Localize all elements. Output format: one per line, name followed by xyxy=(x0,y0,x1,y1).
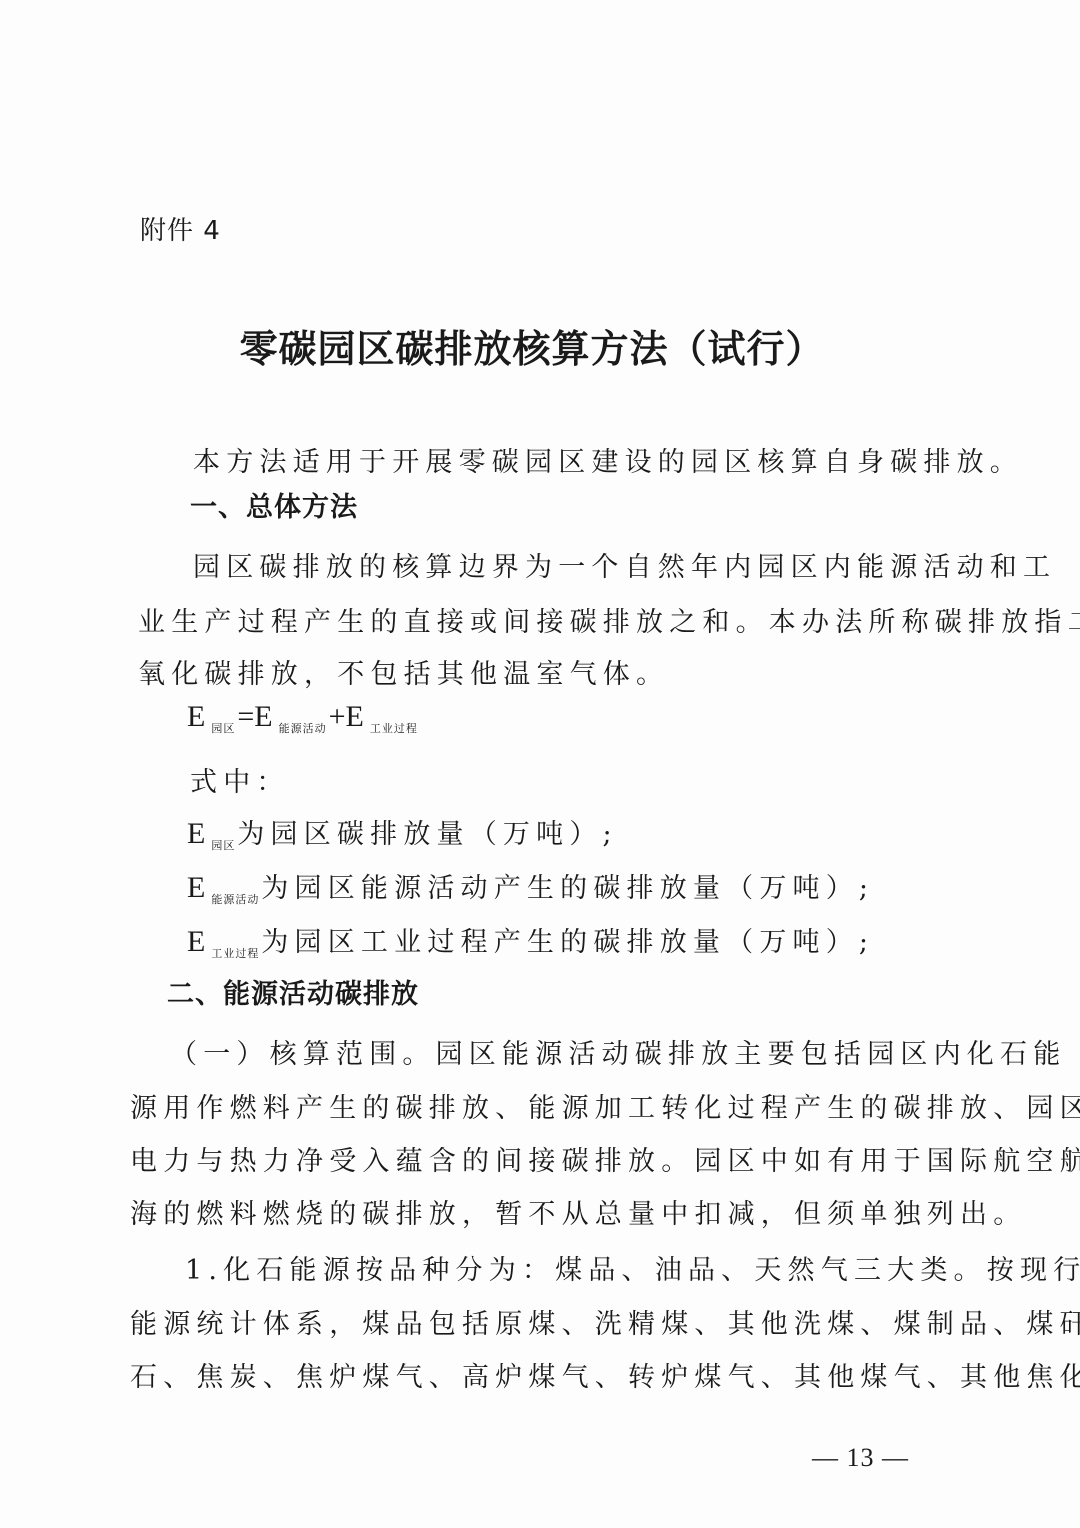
scope-line: 源用作燃料产生的碳排放、能源加工转化过程产生的碳排放、园区 xyxy=(130,1086,1080,1125)
def-text: 为园区工业过程产生的碳排放量（万吨）; xyxy=(261,927,874,958)
definition-park: E园区为园区碳排放量（万吨）; xyxy=(187,812,618,853)
section-1-para-line: 业生产过程产生的直接或间接碳排放之和。本办法所称碳排放指二 xyxy=(138,600,1080,639)
attachment-label: 附件 4 xyxy=(140,210,221,247)
document-title-text: 零碳园区碳排放核算方法（试行） xyxy=(239,318,824,373)
document-title: 零碳园区碳排放核算方法（试行） xyxy=(0,318,1080,373)
item1-line: 石、焦炭、焦炉煤气、高炉煤气、转炉煤气、其他煤气、其他焦化 xyxy=(130,1355,1080,1394)
item1-line: 能源统计体系，煤品包括原煤、洗精煤、其他洗煤、煤制品、煤矸 xyxy=(130,1302,1080,1341)
formula-sub-park: 园区 xyxy=(211,723,235,735)
emission-formula: E园区=E能源活动+E工业过程 xyxy=(187,700,420,736)
def-sub: 工业过程 xyxy=(211,947,259,960)
scope-line: 电力与热力净受入蕴含的间接碳排放。园区中如有用于国际航空航 xyxy=(130,1139,1080,1178)
page-number: — 13 — xyxy=(812,1443,909,1473)
def-text: 为园区能源活动产生的碳排放量（万吨）; xyxy=(261,873,874,904)
formula-plus: + xyxy=(329,700,346,733)
section-1-para-line: 氧化碳排放，不包括其他温室气体。 xyxy=(138,652,669,691)
formula-equals: = xyxy=(237,700,254,733)
formula-sub-industry: 工业过程 xyxy=(370,723,418,735)
section-2-heading: 二、能源活动碳排放 xyxy=(167,972,419,1011)
def-e: E xyxy=(187,925,205,958)
def-e: E xyxy=(187,871,205,904)
formula-e: E xyxy=(254,700,272,733)
formula-e: E xyxy=(187,700,205,733)
intro-paragraph: 本方法适用于开展零碳园区建设的园区核算自身碳排放。 xyxy=(193,440,1023,479)
document-page: 附件 4 零碳园区碳排放核算方法（试行） 本方法适用于开展零碳园区建设的园区核算… xyxy=(0,0,1080,1528)
definition-industry: E工业过程为园区工业过程产生的碳排放量（万吨）; xyxy=(187,920,874,961)
item1-line: 1.化石能源按品种分为：煤品、油品、天然气三大类。按现行 xyxy=(185,1248,1080,1287)
section-1-heading: 一、总体方法 xyxy=(190,485,358,524)
def-sub: 能源活动 xyxy=(211,893,259,906)
section-1-para-line: 园区碳排放的核算边界为一个自然年内园区内能源活动和工 xyxy=(193,545,1056,584)
definition-energy: E能源活动为园区能源活动产生的碳排放量（万吨）; xyxy=(187,866,874,907)
def-text: 为园区碳排放量（万吨）; xyxy=(237,819,618,850)
formula-e: E xyxy=(346,700,364,733)
scope-line: 海的燃料燃烧的碳排放，暂不从总量中扣减，但须单独列出。 xyxy=(130,1192,1026,1231)
def-e: E xyxy=(187,817,205,850)
scope-line: （一）核算范围。园区能源活动碳排放主要包括园区内化石能 xyxy=(170,1032,1066,1071)
formula-sub-energy: 能源活动 xyxy=(279,723,327,735)
def-sub: 园区 xyxy=(211,839,235,852)
where-label: 式中： xyxy=(190,760,290,799)
